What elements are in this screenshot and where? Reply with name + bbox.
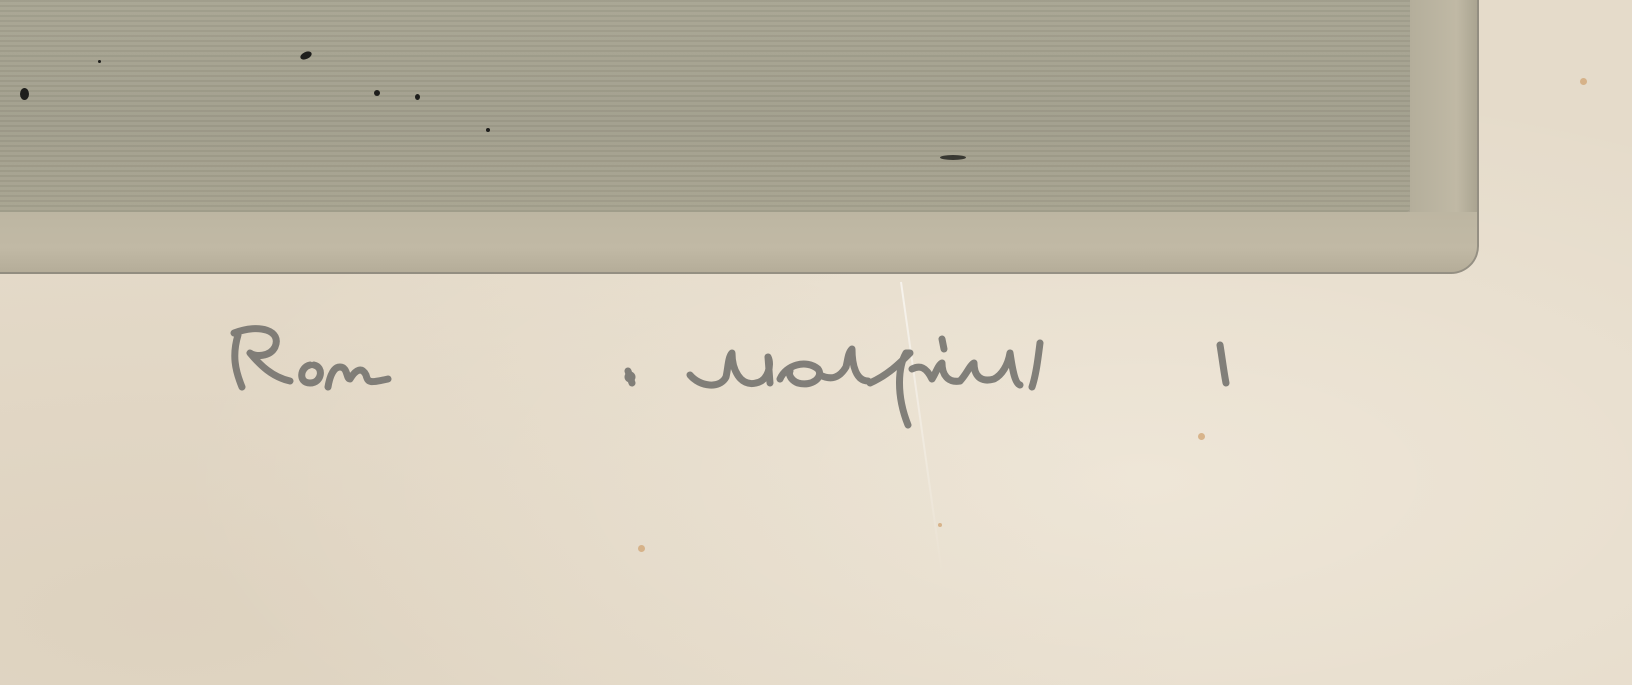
ink-speck [98,60,101,63]
foxing-spot [1580,78,1587,85]
foxing-spot [638,545,645,552]
plate-right-margin [1410,0,1477,212]
plate-bottom-margin [0,212,1477,272]
plate-image-area [0,0,1410,212]
ink-speck [486,128,490,132]
ink-speck [374,90,380,96]
ink-speck [415,94,420,100]
ink-speck [940,155,966,160]
etching-plate [0,0,1477,272]
pencil-signature: Rom. Martin [220,295,1250,445]
ink-speck [20,88,29,100]
foxing-spot [938,523,942,527]
